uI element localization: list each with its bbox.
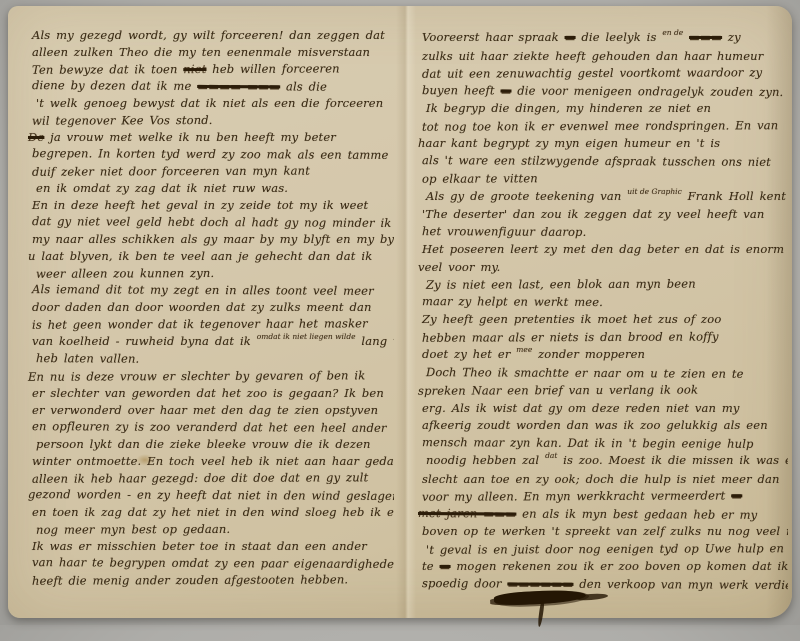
- handwritten-line: noodig hebben zal dat is zoo. Moest ik d…: [410, 452, 788, 471]
- handwritten-line: van koelheid - ruwheid byna dat ik omdat…: [20, 333, 394, 351]
- handwritten-line: het vrouwenfiguur daarop.: [410, 223, 788, 242]
- letter-page-right: Vooreerst haar spraak ▬ die leelyk is en…: [410, 6, 788, 625]
- handwritten-line: Ten bewyze dat ik toen niet heb willen f…: [20, 60, 394, 79]
- handwritten-line: afkeerig zoudt worden dan was ik zoo gel…: [410, 417, 788, 435]
- handwritten-line: En nu is deze vrouw er slechter by gevar…: [20, 367, 394, 386]
- handwritten-line: heb laten vallen.: [20, 350, 394, 369]
- handwritten-line: spreken Naar een brief van u verlang ik …: [410, 381, 788, 400]
- handwritten-line: begrepen. In korten tyd werd zy zoo mak …: [20, 145, 394, 164]
- handwritten-line: Zy is niet een last, een blok aan myn be…: [410, 275, 788, 294]
- struck-word: ▬: [565, 30, 576, 44]
- handwritten-line: Vooreerst haar spraak ▬ die leelyk is en…: [410, 29, 788, 48]
- handwritten-line: 't welk genoeg bewyst dat ik niet als ee…: [20, 95, 394, 112]
- handwritten-line: nog meer myn best op gedaan.: [20, 520, 394, 539]
- handwritten-line: er slechter van geworden dat het zoo is …: [20, 385, 394, 402]
- handwritten-line: er verwonderd over haar met den dag te z…: [20, 402, 394, 419]
- handwritten-line: zulks uit haar ziekte heeft gehouden dan…: [410, 48, 788, 66]
- struck-word: met jaren ▬▬▬: [418, 506, 516, 521]
- handwritten-line: en toen ik zag dat zy het niet in den wi…: [20, 504, 394, 521]
- handwritten-line: tot nog toe kon ik er evenwel mee rondsp…: [410, 117, 788, 136]
- handwritten-line: doet zy het er mee zonder mopperen: [410, 346, 788, 365]
- handwritten-line: En in deze heeft het geval in zy zeide t…: [20, 197, 394, 214]
- handwritten-line: Ik begryp die dingen, my hinderen ze nie…: [410, 100, 788, 118]
- handwritten-line: erg. Als ik wist dat gy om deze reden ni…: [410, 400, 788, 418]
- handwritten-line: te ▬ mogen rekenen zou ik er zoo boven o…: [410, 558, 788, 576]
- handwritten-line: boven op te werken 't spreekt van zelf z…: [410, 523, 788, 541]
- handwritten-line: gezond worden - en zy heeft dat niet in …: [20, 486, 394, 505]
- handwritten-line: van haar te begrypen omdat zy een paar e…: [20, 554, 394, 573]
- handwritten-line: alleen zulken Theo die my ten eenenmale …: [20, 44, 394, 61]
- handwritten-line: Ik was er misschien beter toe in staat d…: [20, 538, 394, 555]
- interline-insertion: dat: [545, 447, 557, 465]
- handwritten-line: slecht aan toe en zy ook; doch die hulp …: [410, 471, 788, 489]
- handwritten-line: wil tegenover Kee Vos stond.: [20, 111, 394, 130]
- interline-insertion: mee: [516, 341, 532, 359]
- handwritten-line: u laat blyven, ik ben te veel aan je geh…: [20, 248, 394, 265]
- interline-insertion: omdat ik niet liegen wilde: [257, 328, 356, 345]
- handwritten-line: heeft die menig ander zouden afgestooten…: [20, 571, 394, 590]
- handwritten-line: buyen heeft ▬ die voor menigeen ondragel…: [410, 82, 788, 101]
- handwritten-line: als 't ware een stilzwygende afspraak tu…: [410, 152, 788, 171]
- handwritten-line: Doch Theo ik smachtte er naar om u te zi…: [410, 364, 788, 383]
- struck-word: ▬: [731, 488, 742, 502]
- struck-word: niet: [183, 62, 206, 76]
- handwritten-line: maar zy helpt en werkt mee.: [410, 293, 788, 312]
- handwritten-line: De ja vrouw met welke ik nu ben heeft my…: [20, 129, 394, 146]
- handwritten-line: Als my gezegd wordt, gy wilt forceeren! …: [20, 27, 394, 44]
- handwritten-line: dat uit een zenuwachtig gestel voortkomt…: [410, 64, 788, 83]
- struck-word: ▬▬▬▬▬▬: [507, 576, 573, 590]
- letter-sheet: Als my gezegd wordt, gy wilt forceeren! …: [8, 6, 792, 618]
- handwritten-line: alleen ik heb haar gezegd: doe dit doe d…: [20, 469, 394, 488]
- handwritten-line: duif zeker niet door forceeren van myn k…: [20, 162, 394, 181]
- handwritten-line: door daden dan door woorden dat zy zulks…: [20, 299, 394, 316]
- handwritten-line: hebben maar als er niets is dan brood en…: [410, 328, 788, 347]
- struck-word: ▬: [440, 559, 451, 573]
- handwritten-line: en ik omdat zy zag dat ik niet ruw was.: [20, 180, 394, 197]
- interline-insertion: en de: [662, 24, 683, 42]
- handwritten-line: en opfleuren zy is zoo veranderd dat het…: [20, 418, 394, 437]
- handwritten-line: dat gy niet veel geld hebt doch al hadt …: [20, 213, 394, 232]
- letter-page-left: Als my gezegd wordt, gy wilt forceeren! …: [20, 6, 394, 625]
- interline-insertion: uit de Graphic: [627, 183, 682, 201]
- handwritten-line: Zy heeft geen pretenties ik moet het zus…: [410, 311, 788, 329]
- handwritten-line: haar kant begrypt zy myn eigen humeur en…: [410, 135, 788, 153]
- handwritten-line: spoedig door ▬▬▬▬▬▬ den verkoop van myn …: [410, 575, 788, 594]
- handwritten-line: Het poseeren leert zy met den dag beter …: [410, 241, 788, 259]
- handwritten-line: Als gy de groote teekening van uit de Gr…: [410, 188, 788, 207]
- handwritten-line: weer alleen zou kunnen zyn.: [20, 264, 394, 283]
- struck-word: De: [28, 130, 44, 144]
- handwritten-line: voor my alleen. En myn werkkracht vermee…: [410, 487, 788, 506]
- handwritten-line: my naar alles schikken als gy maar by my…: [20, 231, 394, 248]
- handwritten-line: persoon lykt dan die zieke bleeke vrouw …: [20, 436, 394, 453]
- handwritten-line: winter ontmoette. En toch veel heb ik ni…: [20, 453, 394, 470]
- handwritten-line: diene by dezen dat ik me ▬▬▬▬ ▬▬▬ als di…: [20, 77, 394, 96]
- handwritten-line: 'The deserter' dan zou ik zeggen dat zy …: [410, 206, 788, 224]
- struck-word: ▬▬▬: [689, 30, 722, 44]
- struck-word: ▬: [500, 83, 511, 97]
- handwritten-line: op elkaar te vitten: [410, 169, 788, 188]
- handwritten-line: met jaren ▬▬▬ en als ik myn best gedaan …: [410, 505, 788, 524]
- handwritten-line: Als iemand dit tot my zegt en in alles t…: [20, 281, 394, 300]
- handwritten-line: veel voor my.: [410, 259, 788, 277]
- handwritten-line: 't geval is en juist door nog eenigen ty…: [410, 540, 788, 559]
- struck-word: ▬▬▬▬ ▬▬▬: [197, 79, 280, 93]
- handwritten-line: mensch maar zyn kan. Dat ik in 't begin …: [410, 434, 788, 453]
